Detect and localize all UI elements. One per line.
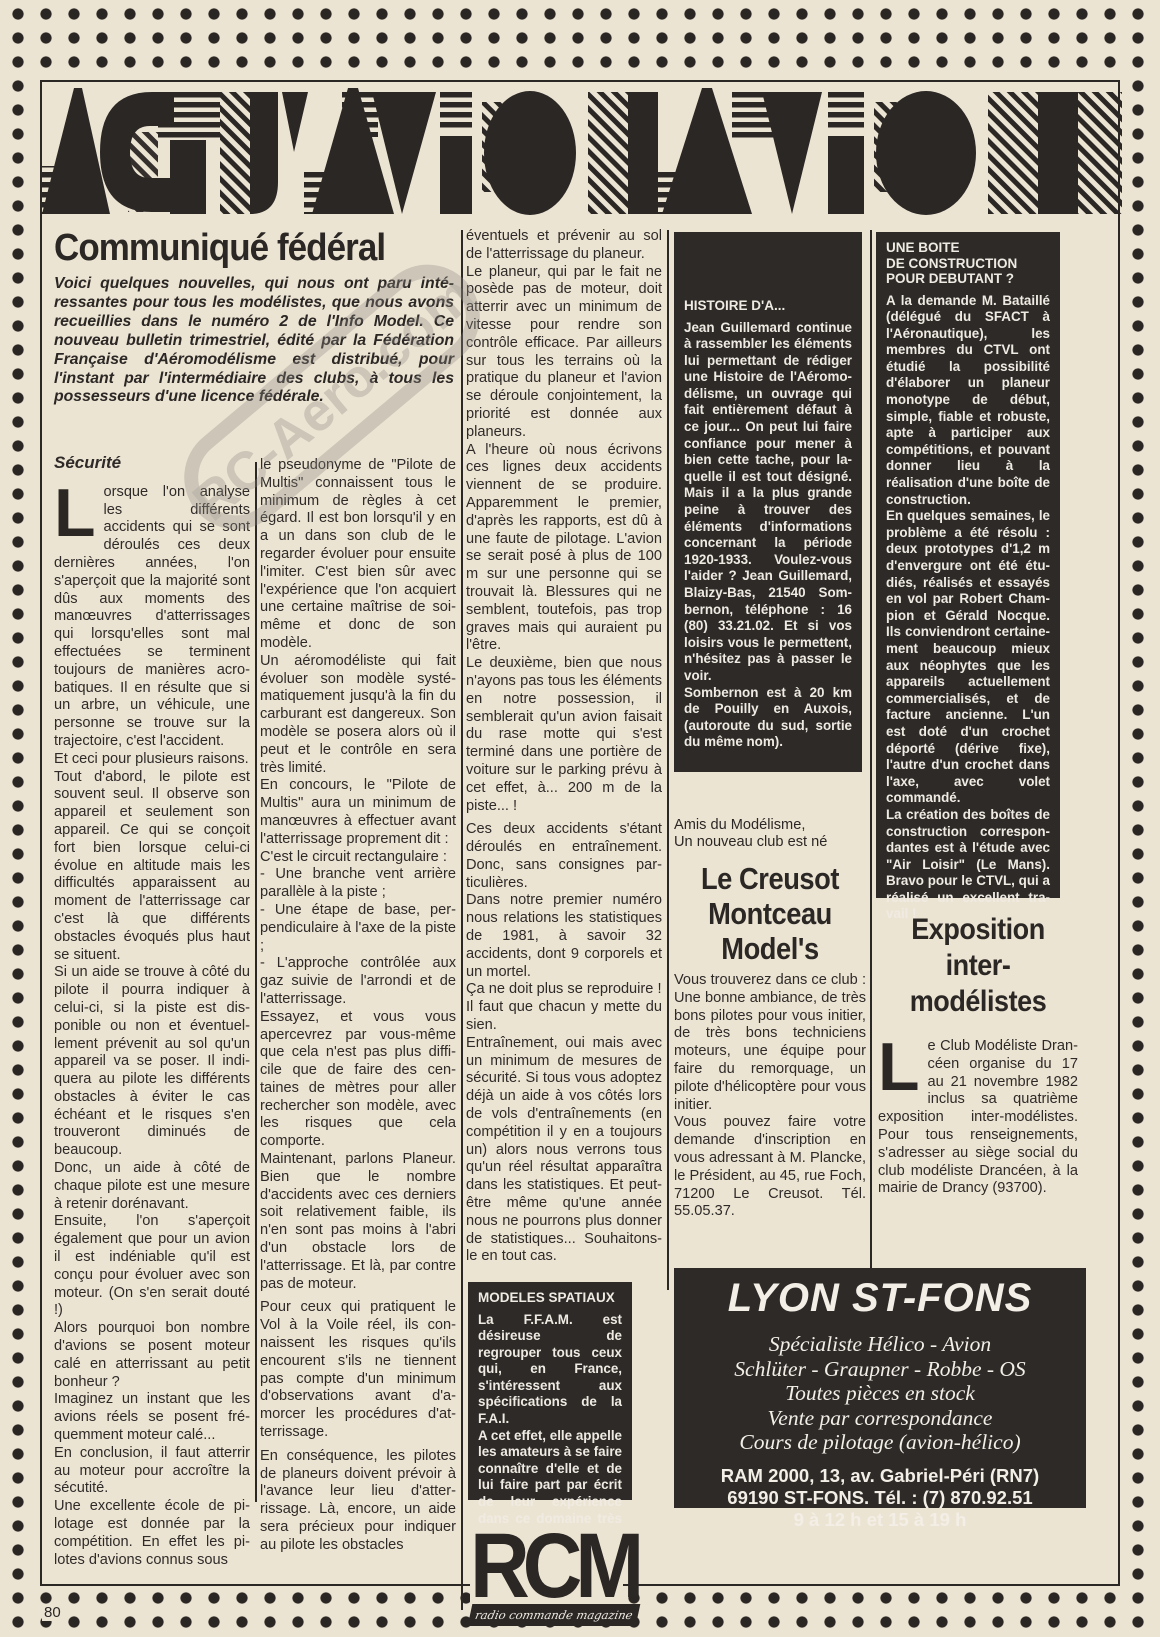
paragraph: Jean Guillemard continue à rassembler le… bbox=[684, 320, 852, 685]
paragraph: En concours, le "Pilote de Multis" aura … bbox=[260, 777, 456, 848]
paragraph: le pseudonyme de "Pilote de Multis" conn… bbox=[260, 457, 456, 653]
paragraph: Le deuxième, bien que nous n'ayons pas t… bbox=[466, 655, 662, 815]
paragraph: Pour ceux qui pratiquent le Vol à la Voi… bbox=[260, 1299, 456, 1441]
paragraph: Si un aide se trouve à côté du pilote il… bbox=[54, 964, 250, 1160]
dropcap: L bbox=[54, 486, 96, 540]
paragraph: A l'heure où nous écrivons ces lignes de… bbox=[466, 442, 662, 656]
masthead-logo-icon bbox=[42, 82, 1122, 222]
exposition-article: Exposition inter- modélistes L e Club Mo… bbox=[878, 912, 1078, 1198]
paragraph: Maintenant, parlons Pla­neur. Bien que l… bbox=[260, 1151, 456, 1293]
box-title: MODELES SPATIAUX bbox=[478, 1290, 622, 1306]
paragraph: Vous trouverez dans ce club : Une bonne … bbox=[674, 972, 866, 1114]
paragraph: Dans notre premier numéro nous relations… bbox=[466, 892, 662, 981]
article-column-1: Sécurité L orsque l'on analyse les diffé… bbox=[54, 454, 250, 1569]
box-title: HISTOIRE D'A... bbox=[684, 298, 852, 314]
histoire-box: HISTOIRE D'A... Jean Guillemard continue… bbox=[674, 232, 862, 772]
paragraph: - L'approche contrôlée aux gaz suivie de… bbox=[260, 955, 456, 1008]
boite-construction-box: UNE BOITE DE CONSTRUCTION POUR DEBUTANT … bbox=[876, 232, 1060, 898]
paragraph: Il faut que chacun y mette du sien. bbox=[466, 999, 662, 1035]
box-title: UNE BOITE DE CONSTRUCTION POUR DEBUTANT … bbox=[886, 240, 1050, 287]
club-kicker: Amis du Modélisme, Un nouveau club est n… bbox=[674, 817, 866, 851]
rcm-logo-letters: RCM bbox=[470, 1528, 623, 1604]
column-divider bbox=[870, 230, 872, 1290]
paragraph: Entraînement, oui mais avec un minimum d… bbox=[466, 1035, 662, 1266]
masthead: ACTU'AVION bbox=[42, 82, 1122, 222]
paragraph: Alors pourquoi bon nombre d'avions se po… bbox=[54, 1320, 250, 1391]
column-divider bbox=[461, 230, 463, 1610]
magazine-page: ACTU'AVION bbox=[40, 80, 1120, 1586]
rcm-logo-tagline: radio commande magazine bbox=[468, 1604, 641, 1626]
paragraph: En quelques semaines, le problème a été … bbox=[886, 508, 1050, 807]
section-title-securite: Sécurité bbox=[54, 454, 250, 472]
ad-address: RAM 2000, 13, av. Gabriel-Péri (RN7) 691… bbox=[684, 1465, 1076, 1531]
paragraph: éventuels et prévenir au sol de l'atterr… bbox=[466, 228, 662, 264]
paragraph: A la demande M. Bataillé (délégué du SFA… bbox=[886, 293, 1050, 509]
rcm-logo: RCM radio commande magazine bbox=[470, 1528, 640, 1628]
page-number: 80 bbox=[42, 1604, 63, 1621]
exposition-headline: Exposition inter- modélistes bbox=[888, 912, 1068, 1020]
paragraph: Un aéromodéliste qui fait évoluer son mo… bbox=[260, 653, 456, 778]
communique-header: Communiqué fédéral Voici quelques nouvel… bbox=[54, 227, 454, 407]
paragraph: La F.F.A.M. est désireuse de regrouper t… bbox=[478, 1312, 622, 1428]
club-headline: Le Creusot Montceau Model's bbox=[686, 861, 855, 966]
ad-title: LYON ST-FONS bbox=[684, 1276, 1076, 1320]
dropcap: L bbox=[878, 1040, 920, 1094]
paragraph: Sombernon est à 20 km de Pouilly en Auxo… bbox=[684, 685, 852, 751]
article-column-2: le pseudonyme de "Pilote de Multis" conn… bbox=[260, 457, 456, 1555]
paragraph: - Une branche vent arrière parallèle à l… bbox=[260, 866, 456, 902]
paragraph: En conclusion, il faut atterrir au moteu… bbox=[54, 1445, 250, 1498]
paragraph: Une excellente école de pi­lotage est do… bbox=[54, 1498, 250, 1569]
column-divider bbox=[255, 462, 257, 1502]
modeles-spatiaux-box: MODELES SPATIAUX La F.F.A.M. est désireu… bbox=[468, 1282, 632, 1500]
column-divider bbox=[667, 230, 669, 1290]
paragraph: Vous pouvez faire votre demande d'inscri… bbox=[674, 1114, 866, 1221]
paragraph: Tout d'abord, le pilote est souvent seul… bbox=[54, 769, 250, 965]
communique-intro: Voici quelques nouvelles, qui nous ont p… bbox=[54, 275, 454, 407]
article-column-3: éventuels et prévenir au sol de l'atterr… bbox=[466, 228, 662, 1266]
communique-headline: Communiqué fédéral bbox=[54, 227, 459, 269]
paragraph: Donc, un aide à côté de chaque pilote es… bbox=[54, 1160, 250, 1213]
paragraph: C'est le circuit rectangu­laire : bbox=[260, 849, 456, 867]
paragraph: Ensuite, l'on s'aperçoit également que p… bbox=[54, 1213, 250, 1320]
paragraph: La création des boîtes de construction c… bbox=[886, 807, 1050, 923]
ad-services: Spécialiste Hélico - Avion Schlüter - Gr… bbox=[684, 1332, 1076, 1455]
paragraph: Imaginez un instant que les avions réels… bbox=[54, 1391, 250, 1444]
paragraph: Ça ne doit plus se repro­duire ! bbox=[466, 981, 662, 999]
paragraph: - Une étape de base, per­pendiculaire à … bbox=[260, 902, 456, 955]
paragraph: Le planeur, qui par le fait ne posède pa… bbox=[466, 264, 662, 442]
paragraph: Ces deux accidents s'étant déroulés en e… bbox=[466, 821, 662, 892]
lyon-st-fons-ad: LYON ST-FONS Spécialiste Hélico - Avion … bbox=[674, 1268, 1086, 1508]
paragraph: En conséquence, les pilotes de planeurs … bbox=[260, 1448, 456, 1555]
paragraph: Et ceci pour plusieurs rai­sons. bbox=[54, 751, 250, 769]
club-article: Amis du Modélisme, Un nouveau club est n… bbox=[674, 817, 866, 1221]
paragraph: Essayez, et vous vous apercevrez par vou… bbox=[260, 1009, 456, 1151]
